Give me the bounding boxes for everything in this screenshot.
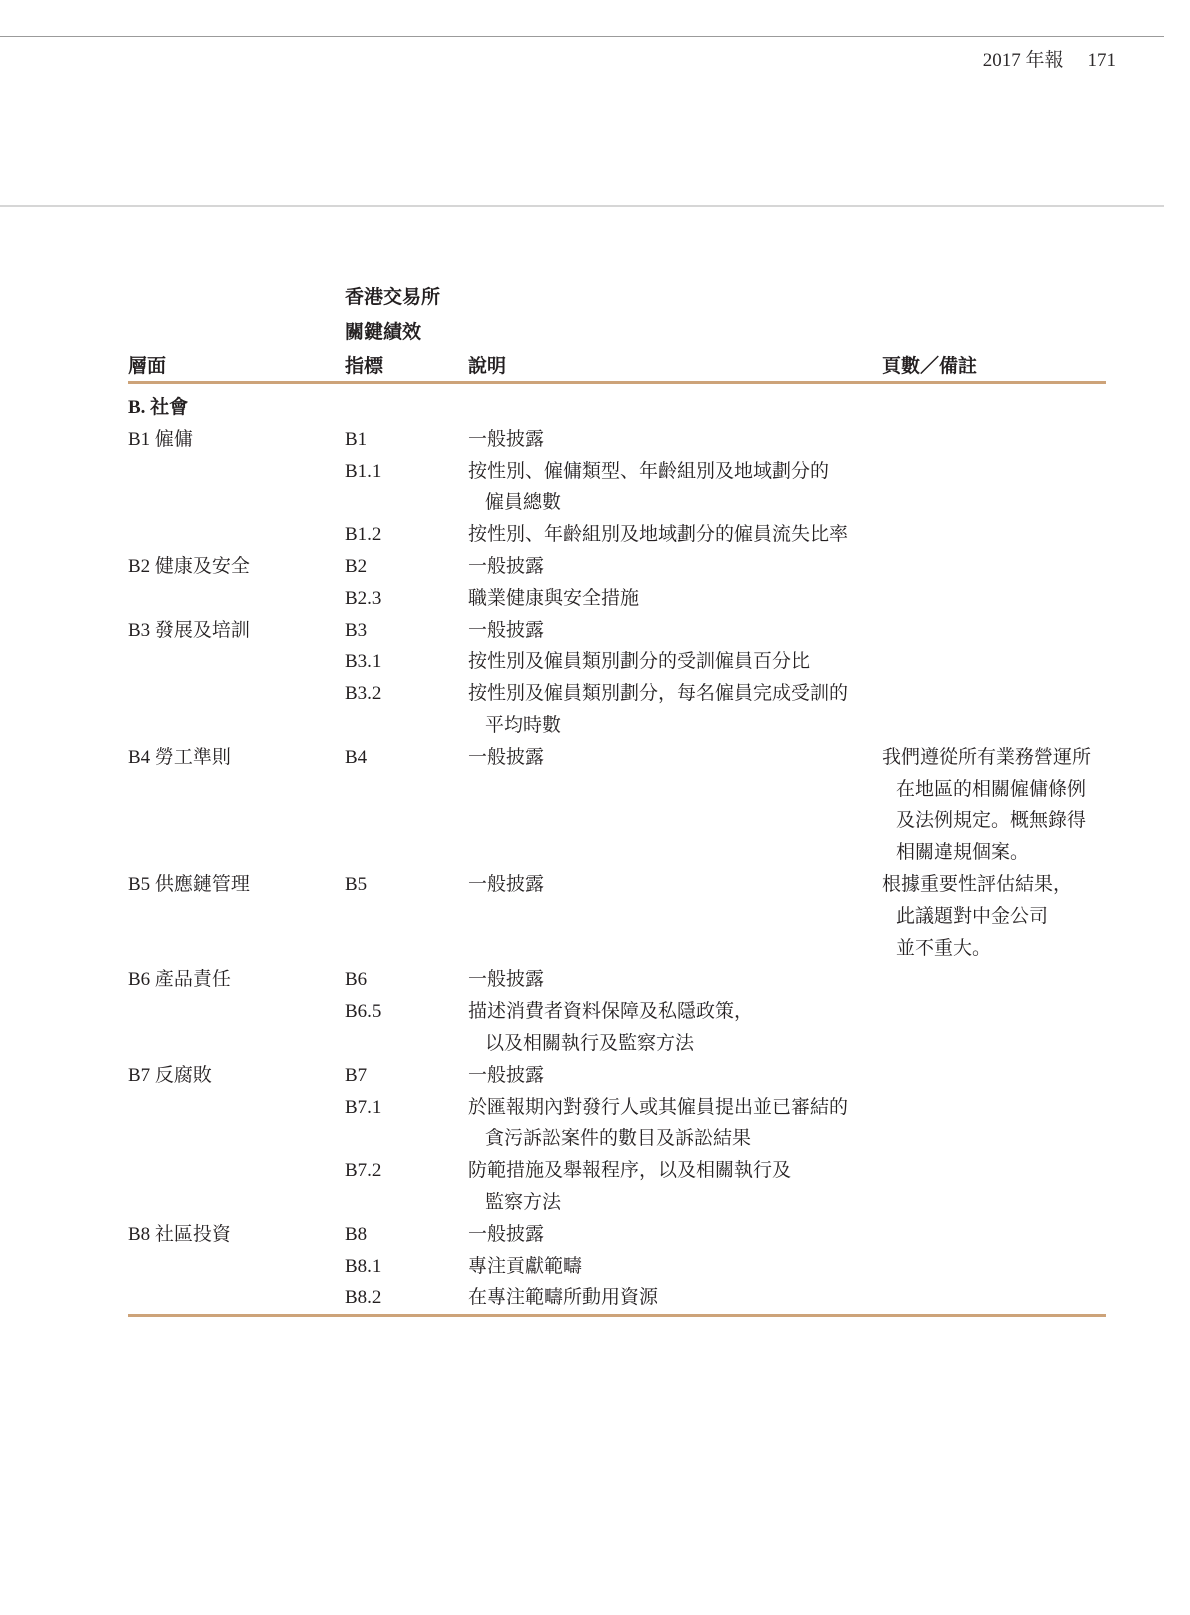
cell-description-wrap: 平均時數	[485, 710, 561, 742]
table-header-line-3: 層面 指標 說明 頁數／備註	[128, 350, 1106, 385]
cell-remark-wrap: 相關違規個案。	[896, 837, 1029, 869]
table-row: B5 供應鏈管理B5一般披露根據重要性評估結果，	[128, 869, 1106, 901]
cell-description: 專注貢獻範疇	[468, 1251, 582, 1283]
cell-kpi: B6.5	[345, 996, 381, 1028]
cell-description-wrap: 僱員總數	[485, 487, 561, 519]
cell-aspect: B7 反腐敗	[128, 1060, 212, 1092]
table-row-continuation: 以及相關執行及監察方法	[128, 1028, 1106, 1060]
cell-description-wrap: 以及相關執行及監察方法	[485, 1028, 694, 1060]
table-row: B1 僱傭B1一般披露	[128, 424, 1106, 456]
divider-line	[0, 205, 1164, 207]
column-header-aspect: 層面	[128, 350, 166, 385]
column-header-page-remarks: 頁數／備註	[882, 350, 977, 385]
table-row: B7 反腐敗B7一般披露	[128, 1060, 1106, 1092]
cell-description: 按性別、年齡組別及地域劃分的僱員流失比率	[468, 519, 848, 551]
cell-description: 在專注範疇所動用資源	[468, 1282, 658, 1314]
column-header-description: 說明	[468, 350, 506, 385]
table-row-continuation: 平均時數	[128, 710, 1106, 742]
cell-remark: 我們遵從所有業務營運所	[882, 742, 1091, 774]
cell-description: 一般披露	[468, 615, 544, 647]
table-row: B1.2按性別、年齡組別及地域劃分的僱員流失比率	[128, 519, 1106, 551]
cell-kpi: B2	[345, 551, 367, 583]
table-row-continuation: 並不重大。	[128, 933, 1106, 965]
table-row: B. 社會	[128, 392, 1106, 424]
cell-description: 一般披露	[468, 869, 544, 901]
page-header: 2017 年報171	[983, 45, 1116, 72]
table-row-continuation: 在地區的相關僱傭條例	[128, 774, 1106, 806]
table-row-continuation: 僱員總數	[128, 487, 1106, 519]
table-row-continuation: 此議題對中金公司	[128, 901, 1106, 933]
cell-aspect: B2 健康及安全	[128, 551, 250, 583]
cell-aspect: B3 發展及培訓	[128, 615, 250, 647]
table-row: B6 產品責任B6一般披露	[128, 964, 1106, 996]
cell-description-wrap: 監察方法	[485, 1187, 561, 1219]
cell-description: 一般披露	[468, 964, 544, 996]
cell-description: 職業健康與安全措施	[468, 583, 639, 615]
header-rule	[0, 36, 1164, 37]
table-top-rule	[128, 381, 1106, 384]
table-row: B2 健康及安全B2一般披露	[128, 551, 1106, 583]
cell-aspect: B6 產品責任	[128, 964, 231, 996]
report-title: 2017 年報	[983, 50, 1064, 71]
cell-kpi: B3	[345, 615, 367, 647]
cell-description: 按性別、僱傭類型、年齡組別及地域劃分的	[468, 456, 829, 488]
cell-description-wrap: 貪污訴訟案件的數目及訴訟結果	[485, 1123, 751, 1155]
cell-remark: 根據重要性評估結果，	[882, 869, 1072, 901]
table-row: B8.1專注貢獻範疇	[128, 1251, 1106, 1283]
table-row: B6.5描述消費者資料保障及私隱政策，	[128, 996, 1106, 1028]
cell-kpi: B7.1	[345, 1092, 381, 1124]
cell-remark-wrap: 此議題對中金公司	[896, 901, 1048, 933]
cell-kpi: B8.1	[345, 1251, 381, 1283]
cell-kpi: B8.2	[345, 1282, 381, 1314]
cell-remark-wrap: 並不重大。	[896, 933, 991, 965]
table-row-continuation: 相關違規個案。	[128, 837, 1106, 869]
cell-remark-wrap: 在地區的相關僱傭條例	[896, 774, 1086, 806]
table-row: B4 勞工準則B4一般披露我們遵從所有業務營運所	[128, 742, 1106, 774]
cell-aspect: B4 勞工準則	[128, 742, 231, 774]
cell-kpi: B3.2	[345, 678, 381, 710]
cell-description: 一般披露	[468, 1219, 544, 1251]
table-row: B8 社區投資B8一般披露	[128, 1219, 1106, 1251]
page-number: 171	[1088, 50, 1117, 71]
table-row: B3.2按性別及僱員類別劃分，每名僱員完成受訓的	[128, 678, 1106, 710]
cell-description: 一般披露	[468, 424, 544, 456]
table-row-continuation: 監察方法	[128, 1187, 1106, 1219]
table-row: B3 發展及培訓B3一般披露	[128, 615, 1106, 647]
cell-aspect: B1 僱傭	[128, 424, 193, 456]
cell-kpi: B1.1	[345, 456, 381, 488]
cell-kpi: B5	[345, 869, 367, 901]
table-row: B1.1按性別、僱傭類型、年齡組別及地域劃分的	[128, 456, 1106, 488]
table-row-continuation: 貪污訴訟案件的數目及訴訟結果	[128, 1123, 1106, 1155]
section-heading: B. 社會	[128, 392, 188, 424]
cell-description: 於匯報期內對發行人或其僱員提出並已審結的	[468, 1092, 848, 1124]
cell-description: 按性別及僱員類別劃分，每名僱員完成受訓的	[468, 678, 848, 710]
cell-kpi: B6	[345, 964, 367, 996]
table-header-line-1: 香港交易所	[128, 281, 1106, 316]
table-row: B7.1於匯報期內對發行人或其僱員提出並已審結的	[128, 1092, 1106, 1124]
table-row: B7.2防範措施及舉報程序，以及相關執行及	[128, 1155, 1106, 1187]
cell-description: 一般披露	[468, 551, 544, 583]
cell-description: 一般披露	[468, 742, 544, 774]
column-header-kpi-line3: 指標	[345, 350, 383, 385]
cell-remark-wrap: 及法例規定。概無錄得	[896, 805, 1086, 837]
cell-kpi: B4	[345, 742, 367, 774]
cell-aspect: B5 供應鏈管理	[128, 869, 250, 901]
table-header-line-2: 關鍵績效	[128, 316, 1106, 351]
cell-kpi: B7.2	[345, 1155, 381, 1187]
cell-kpi: B3.1	[345, 646, 381, 678]
table-bottom-rule	[128, 1314, 1106, 1317]
cell-kpi: B1.2	[345, 519, 381, 551]
cell-description: 一般披露	[468, 1060, 544, 1092]
column-header-kpi-line1: 香港交易所	[345, 281, 440, 316]
cell-aspect: B8 社區投資	[128, 1219, 231, 1251]
table-row: B8.2在專注範疇所動用資源	[128, 1282, 1106, 1314]
cell-kpi: B1	[345, 424, 367, 456]
table-body: B. 社會 B1 僱傭B1一般披露 B1.1按性別、僱傭類型、年齡組別及地域劃分…	[128, 392, 1106, 1314]
table-header: 香港交易所 關鍵績效 層面 指標 說明 頁數／備註	[128, 281, 1106, 385]
table-row-continuation: 及法例規定。概無錄得	[128, 805, 1106, 837]
column-header-kpi-line2: 關鍵績效	[345, 316, 421, 351]
table-row: B3.1按性別及僱員類別劃分的受訓僱員百分比	[128, 646, 1106, 678]
cell-description: 按性別及僱員類別劃分的受訓僱員百分比	[468, 646, 810, 678]
cell-kpi: B7	[345, 1060, 367, 1092]
table-row: B2.3職業健康與安全措施	[128, 583, 1106, 615]
document-page: 2017 年報171 香港交易所 關鍵績效 層面 指標 說明 頁數／備註 B. …	[0, 0, 1190, 1615]
cell-kpi: B2.3	[345, 583, 381, 615]
cell-description: 描述消費者資料保障及私隱政策，	[468, 996, 753, 1028]
cell-kpi: B8	[345, 1219, 367, 1251]
cell-description: 防範措施及舉報程序，以及相關執行及	[468, 1155, 791, 1187]
